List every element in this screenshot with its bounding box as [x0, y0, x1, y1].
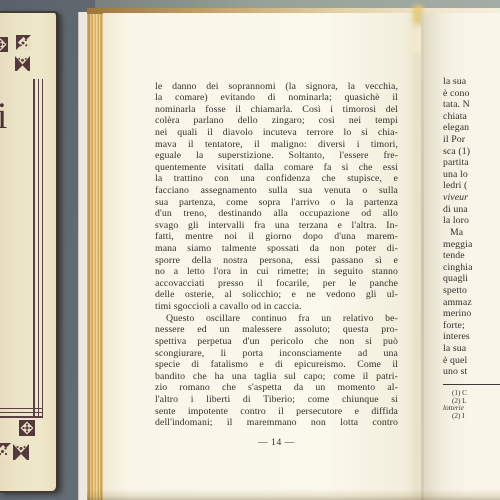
- text-line-fragment: Ma: [443, 227, 500, 239]
- text-line: delle osterie, al solicchio; e ne vedono…: [155, 289, 398, 301]
- footnote-rule: [443, 384, 500, 385]
- text-line-fragment: partita: [443, 157, 500, 169]
- text-line-fragment: la sua: [443, 343, 500, 355]
- text-line: nei quali il diavolo incuteva terrore lo…: [155, 127, 398, 139]
- left-page-text: le danno dei soprannomi (la signora, la …: [155, 81, 398, 429]
- text-line: mana siamo talmente spossati da non pote…: [155, 243, 398, 255]
- text-line: quentemente visitati dalla comare fa sì …: [155, 162, 398, 174]
- text-line-fragment: tata. N: [443, 99, 500, 111]
- cover-ornament-icon: [19, 420, 35, 436]
- cover-ornament-icon: [0, 37, 8, 52]
- text-line-fragment: il Por: [443, 134, 500, 146]
- text-line-fragment: la loro: [443, 215, 500, 227]
- text-line: svago gli intervalli fra una terzana e l…: [155, 220, 398, 232]
- open-book: le danno dei soprannomi (la signora, la …: [78, 8, 500, 500]
- text-line: accovacciati presso il focarile, per le …: [155, 278, 398, 290]
- text-line: la trattino con una confidenza che stupi…: [155, 173, 398, 185]
- cover-border-rule: [0, 408, 43, 409]
- cover-border-rule: [0, 416, 43, 418]
- text-line-fragment: è quel: [443, 355, 500, 367]
- text-line-fragment: di una: [443, 204, 500, 216]
- text-line: facciano assegnamento sulla sua venuta o…: [155, 185, 398, 197]
- text-line: la comare) evitando di nominarla; quasic…: [155, 92, 398, 104]
- text-line: spettiva perpetua d'un pericolo che non …: [155, 336, 398, 348]
- text-line-fragment: sca (1): [443, 146, 500, 158]
- text-line: l'altro i liberti di Tiberio; come chiun…: [155, 394, 398, 406]
- cover-ornament-icon: [16, 35, 31, 50]
- right-page-text: la suaè conotata. Nchiataeleganil Porsca…: [443, 76, 500, 378]
- text-line-fragment: ammaz: [443, 297, 500, 309]
- text-line: scongiurare, li porta inconsciamente ad …: [155, 348, 398, 360]
- text-line: sua partenza, come sopra l'arrivo o la p…: [155, 197, 398, 209]
- text-line: d'un treno, destinando alla occupazione …: [155, 208, 398, 220]
- text-line: no a letto l'ora in cui rimette; in segu…: [155, 266, 398, 278]
- text-line: dell'indomani; il maremmano non lotta co…: [155, 417, 398, 429]
- text-line-fragment: meggia: [443, 239, 500, 251]
- text-line-fragment: cinghia: [443, 262, 500, 274]
- text-line: nominarla fosse il chiamarla. Così i tim…: [155, 104, 398, 116]
- footnotes: (1) C(2) Llotterie(2) I: [443, 390, 500, 421]
- text-line-fragment: la sua: [443, 76, 500, 88]
- text-line-fragment: elegan: [443, 122, 500, 134]
- text-line: fatti, mentre noi il giorno dopo d'una m…: [155, 231, 398, 243]
- page-fore-edge-gold: [87, 11, 103, 500]
- cover-title-fragment: i: [0, 97, 7, 137]
- text-line: colèra parlano dello zingaro; così nei t…: [155, 115, 398, 127]
- footnote-line-fragment: (2) I: [443, 413, 500, 421]
- text-line-fragment: spetto: [443, 285, 500, 297]
- text-line-fragment: ledri (: [443, 180, 500, 192]
- text-line: nessere ed un malessere assoluto; questa…: [155, 324, 398, 336]
- text-line-fragment: è cono: [443, 88, 500, 100]
- text-line: zio romano che s'aspetta da un momento a…: [155, 382, 398, 394]
- text-line-fragment: tende: [443, 250, 500, 262]
- left-page: le danno dei soprannomi (la signora, la …: [103, 13, 423, 500]
- cover-border-rule: [38, 79, 39, 418]
- text-line-fragment: uno st: [443, 366, 500, 378]
- right-page: la suaè conotata. Nchiataeleganil Porsca…: [424, 13, 500, 500]
- photo-open-book: i le danno dei soprannomi (la signora, l…: [0, 0, 500, 500]
- cover-ornament-icon: [13, 444, 29, 460]
- text-line-fragment: forte;: [443, 320, 500, 332]
- cover-border-rule: [0, 412, 43, 413]
- text-line-fragment: una lo: [443, 169, 500, 181]
- text-line: eguale la superstizione. Soltanto, l'ess…: [155, 150, 398, 162]
- text-line-fragment: chiata: [443, 111, 500, 123]
- text-line: mava il tentatore, il maligno: diversi i…: [155, 139, 398, 151]
- text-line-fragment: interes: [443, 331, 500, 343]
- cover-border-rule: [42, 79, 43, 418]
- cover-ornament-icon: [0, 443, 11, 459]
- book-bottom-shadow: [87, 489, 500, 500]
- book-cover: i: [0, 11, 59, 493]
- text-line-fragment: viveur: [443, 192, 500, 204]
- text-line: Questo oscillare continuo fra un relativ…: [155, 313, 398, 325]
- text-line: sente impotente contro il persecutore e …: [155, 406, 398, 418]
- text-line-fragment: quagli: [443, 273, 500, 285]
- text-line-fragment: merino: [443, 308, 500, 320]
- cover-border-rule: [33, 79, 35, 418]
- text-line: sporre della nostra persona, essi passan…: [155, 255, 398, 267]
- text-line: bandito che ha una taglia sul capo; come…: [155, 371, 398, 383]
- text-line: specie di fatalismo e di epicureismo. Co…: [155, 359, 398, 371]
- cover-ornament-icon: [15, 56, 30, 71]
- text-line: le danno dei soprannomi (la signora, la …: [155, 81, 398, 93]
- page-number: — 14 —: [155, 438, 398, 448]
- text-line: timi sgoccioli a cavallo od in caccia.: [155, 301, 398, 313]
